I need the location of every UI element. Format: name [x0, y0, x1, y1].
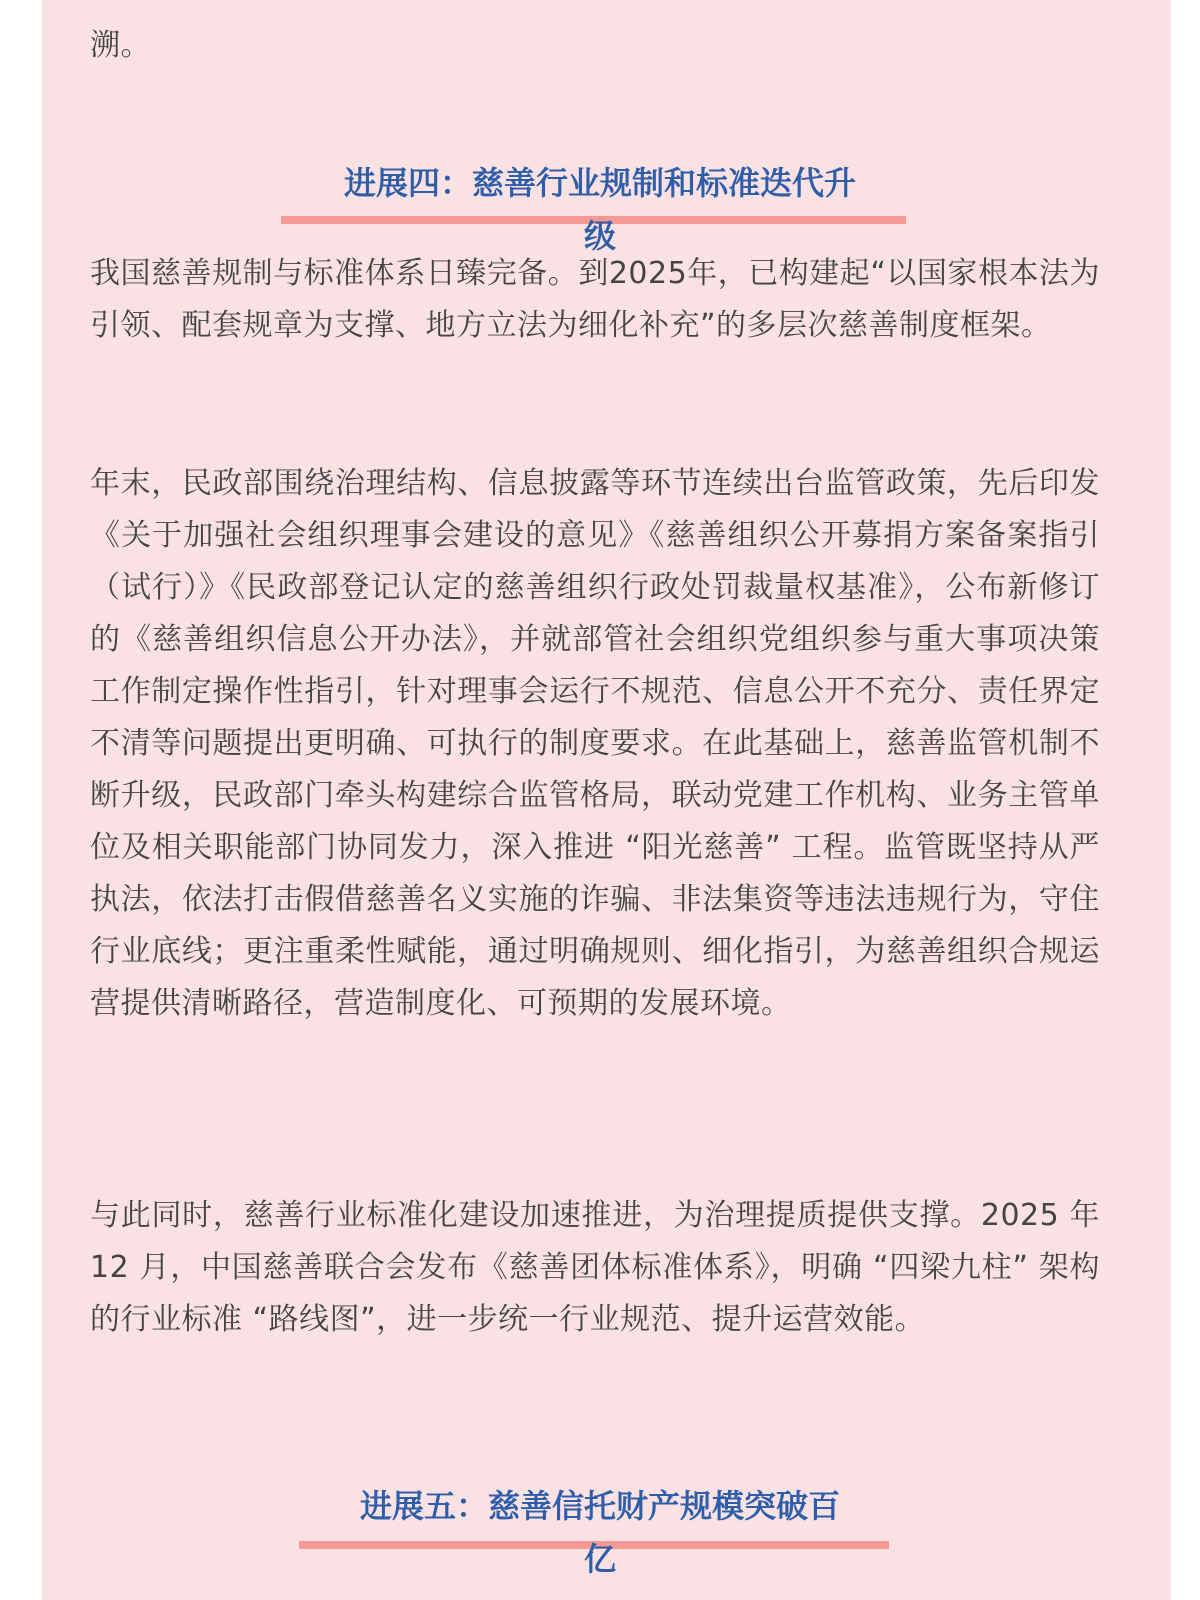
section5-heading-line1: 进展五：慈善信托财产规模突破百 [0, 1478, 1200, 1534]
section5-heading-line2: 亿 [0, 1531, 1200, 1587]
section4-paragraph-1: 我国慈善规制与标准体系日臻完备。到2025年，已构建起“以国家根本法为引领、配套… [90, 248, 1100, 352]
section4-paragraph-2: 年末，民政部围绕治理结构、信息披露等环节连续出台监管政策，先后印发《关于加强社会… [90, 458, 1100, 1030]
section4-heading-line1: 进展四：慈善行业规制和标准迭代升 [0, 155, 1200, 211]
section4-paragraph-3: 与此同时，慈善行业标准化建设加速推进，为治理提质提供支撑。2025 年 12 月… [90, 1190, 1100, 1346]
leading-fragment: 溯。 [90, 20, 1100, 72]
section5-heading: 进展五：慈善信托财产规模突破百 亿 [0, 1478, 1200, 1587]
